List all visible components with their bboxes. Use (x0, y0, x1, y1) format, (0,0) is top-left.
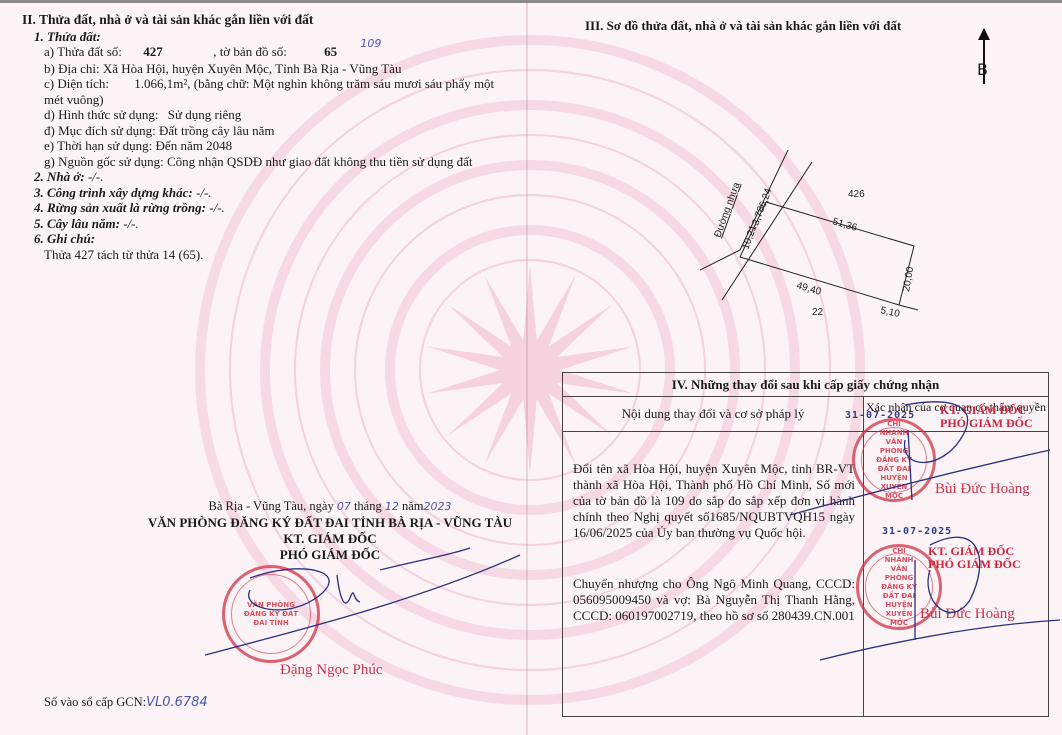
use-form-value: Sử dụng riêng (168, 107, 242, 122)
svg-text:22: 22 (812, 307, 824, 318)
land-heading: 1. Thửa đất: (34, 29, 522, 45)
section-2-title: II. Thửa đất, nhà ở và tài sản khác gắn … (22, 12, 522, 28)
confirm-signer-1: Bùi Đức Hoàng (935, 481, 1030, 498)
section-land-info: II. Thửa đất, nhà ở và tài sản khác gắn … (22, 12, 522, 262)
issuer-signature-block: Bà Rịa - Vũng Tàu, ngày 07 tháng 12 năm2… (130, 498, 530, 563)
other-construction-row: 3. Công trình xây dựng khác: -/-. (34, 185, 522, 201)
svg-text:Đường nhựa: Đường nhựa (712, 181, 742, 239)
confirm-date-2: 31-07-2025 (882, 526, 952, 537)
map-sheet-handwritten: 109 (360, 37, 381, 50)
notes-heading: 6. Ghi chú: (34, 231, 522, 247)
use-form-row: d) Hình thức sử dụng: Sử dụng riêng (44, 107, 522, 123)
forest-row: 4. Rừng sản xuất là rừng trồng: -/-. (34, 200, 522, 216)
confirm-role-1: KT. GIÁM ĐỐCPHÓ GIÁM ĐỐC (940, 404, 1033, 430)
svg-text:5,10: 5,10 (879, 305, 901, 320)
purpose-row: đ) Mục đích sử dụng: Đất trồng cây lâu n… (44, 123, 522, 139)
col-header-content: Nội dung thay đổi và cơ sở pháp lý (563, 397, 864, 431)
registry-number-value: VL0.6784 (146, 695, 208, 710)
svg-text:426: 426 (848, 189, 865, 200)
map-sheet-number: 65 (324, 44, 337, 59)
scan-edge (0, 0, 1062, 3)
parcel-diagram: 426 22 51,36 49,40 20,00 5,10 10,21 3,78… (700, 150, 950, 330)
svg-text:49,40: 49,40 (795, 280, 823, 298)
confirm-role-2: KT. GIÁM ĐỐCPHÓ GIÁM ĐỐC (928, 545, 1021, 571)
parcel-row: a) Thửa đất số: 427, tờ bản đồ số: 65 10… (44, 44, 522, 61)
purpose-value: Đất trồng cây lâu năm (159, 123, 275, 138)
area-value: 1.066,1m², (bằng chữ: Một nghìn không tr… (44, 76, 494, 107)
change-entry-1: Đổi tên xã Hòa Hội, huyện Xuyên Mộc, tỉn… (573, 461, 855, 541)
parcel-number: 427 (143, 44, 213, 60)
term-row: e) Thời hạn sử dụng: Đến năm 2048 (44, 138, 522, 154)
issuer-organization: VĂN PHÒNG ĐĂNG KÝ ĐẤT ĐAI TỈNH BÀ RỊA - … (130, 515, 530, 531)
registry-number: Số vào sổ cấp GCN:VL0.6784 (44, 695, 208, 710)
confirm-seal-1: CHI NHÁNH VĂN PHÒNG ĐĂNG KÝ ĐẤT ĐAI HUYỆ… (852, 418, 936, 502)
svg-text:6,24: 6,24 (757, 187, 774, 209)
section-4-title: IV. Những thay đổi sau khi cấp giấy chứn… (563, 373, 1048, 397)
place-date: Bà Rịa - Vũng Tàu, ngày 07 tháng 12 năm2… (130, 498, 530, 515)
address-value: Xã Hòa Hội, huyện Xuyên Mộc, Tỉnh Bà Rịa… (103, 61, 402, 76)
issuer-role-2: PHÓ GIÁM ĐỐC (130, 547, 530, 563)
north-arrow-icon: B (970, 28, 1000, 88)
issuer-seal: VĂN PHÒNG ĐĂNG KÝ ĐẤT ĐAI TỈNH (222, 565, 320, 663)
confirm-signer-2: Bùi Đức Hoàng (920, 606, 1015, 623)
notes-value: Thửa 427 tách từ thửa 14 (65). (44, 247, 522, 263)
section-3-title: III. Sơ đồ thửa đất, nhà ở và tài sản kh… (585, 18, 901, 34)
svg-text:20,00: 20,00 (901, 266, 916, 293)
change-entry-2: Chuyển nhượng cho Ông Ngô Minh Quang, CC… (573, 576, 855, 624)
svg-text:51,36: 51,36 (831, 216, 859, 234)
perennial-row: 5. Cây lâu năm: -/-. (34, 216, 522, 232)
issuer-signer-name: Đặng Ngọc Phúc (280, 662, 382, 679)
term-value: Đến năm 2048 (156, 138, 233, 153)
origin-row: g) Nguồn gốc sử dụng: Công nhận QSDĐ như… (44, 154, 522, 170)
area-row: c) Diện tích: 1.066,1m², (bằng chữ: Một … (44, 76, 509, 107)
origin-value: Công nhận QSDĐ như giao đất không thu ti… (167, 154, 473, 169)
page-fold (526, 0, 528, 735)
issuer-role-1: KT. GIÁM ĐỐC (130, 531, 530, 547)
house-row: 2. Nhà ở: -/-. (34, 169, 522, 185)
address-row: b) Địa chỉ: Xã Hòa Hội, huyện Xuyên Mộc,… (44, 61, 522, 77)
